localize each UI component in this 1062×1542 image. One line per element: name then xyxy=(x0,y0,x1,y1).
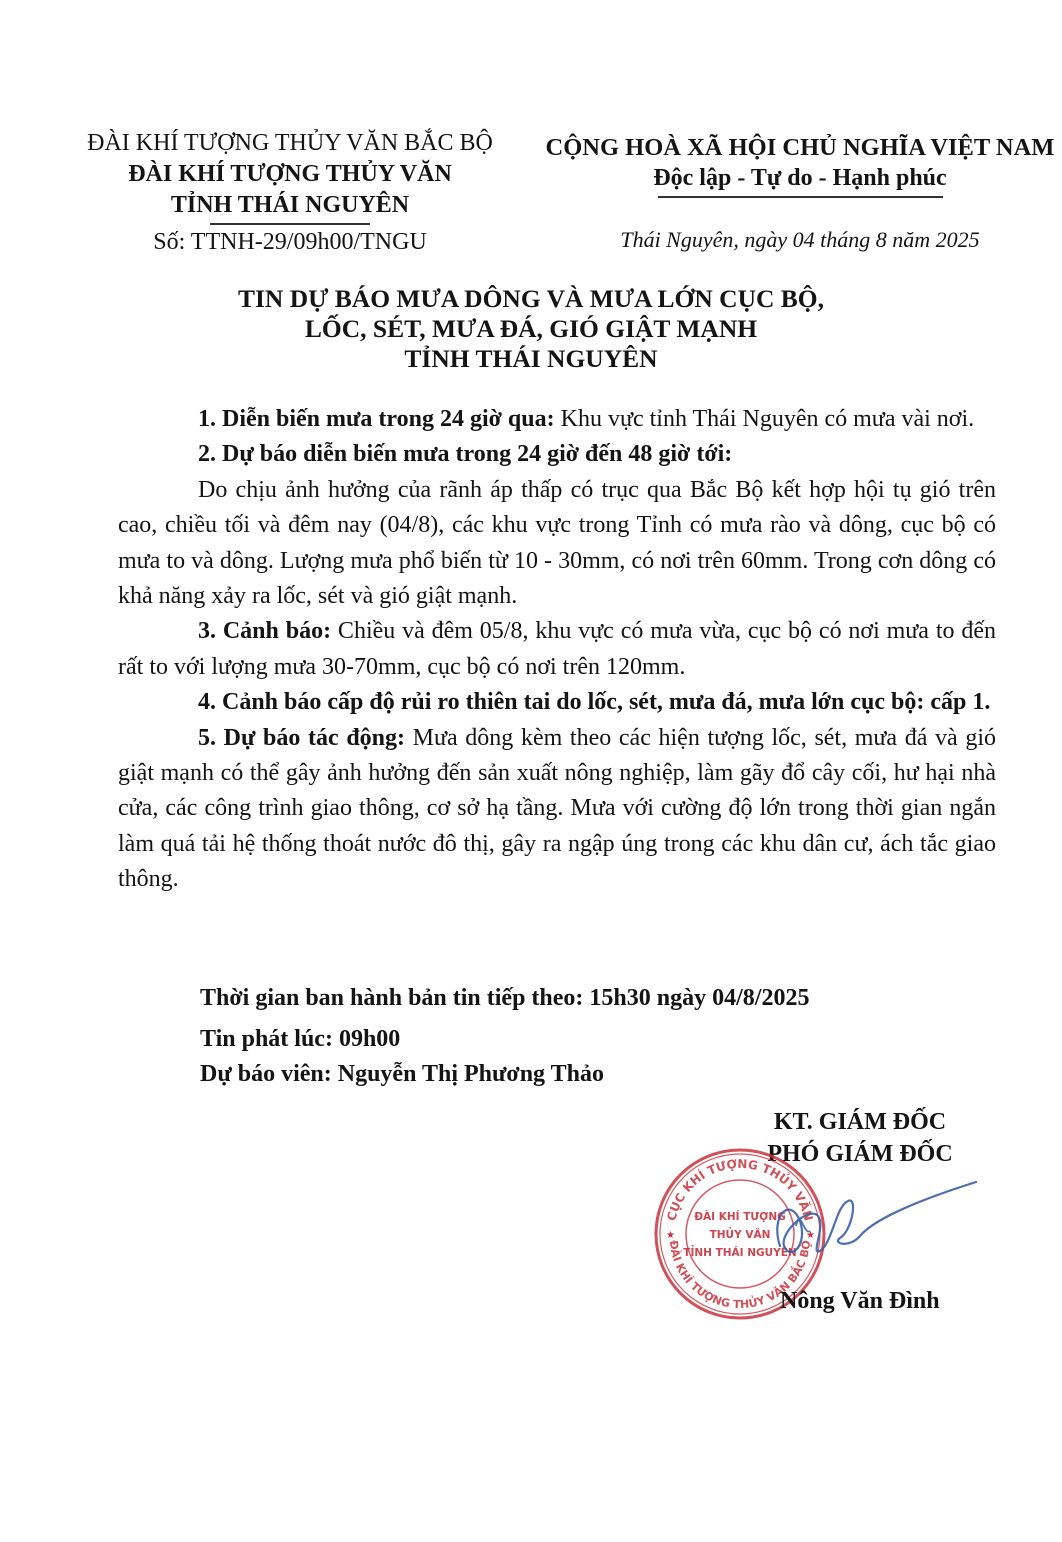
issuing-agency-header: ĐÀI KHÍ TƯỢNG THỦY VĂN BẮC BỘ ĐÀI KHÍ TƯ… xyxy=(60,128,520,258)
header-divider-left xyxy=(210,223,370,225)
agency-name-line2: TỈNH THÁI NGUYÊN xyxy=(60,190,520,221)
title-line3: TỈNH THÁI NGUYÊN xyxy=(0,344,1062,374)
section-3: 3. Cảnh báo: Chiều và đêm 05/8, khu vực … xyxy=(118,614,996,685)
agency-name-line1: ĐÀI KHÍ TƯỢNG THỦY VĂN xyxy=(60,159,520,190)
national-header: CỘNG HOÀ XÃ HỘI CHỦ NGHĨA VIỆT NAM Độc l… xyxy=(535,132,1062,255)
header-divider-right xyxy=(658,196,943,198)
signature-title-line1: KT. GIÁM ĐỐC xyxy=(730,1106,990,1138)
national-motto: Độc lập - Tự do - Hạnh phúc xyxy=(535,163,1062,194)
svg-text:★: ★ xyxy=(666,1230,675,1241)
section-2-heading: 2. Dự báo diễn biến mưa trong 24 giờ đến… xyxy=(198,441,732,467)
section-2-heading-para: 2. Dự báo diễn biến mưa trong 24 giờ đến… xyxy=(118,437,996,472)
title-line2: LỐC, SÉT, MƯA ĐÁ, GIÓ GIẬT MẠNH xyxy=(0,314,1062,344)
title-line1: TIN DỰ BÁO MƯA DÔNG VÀ MƯA LỚN CỤC BỘ, xyxy=(0,284,1062,314)
issuance-info: Thời gian ban hành bản tin tiếp theo: 15… xyxy=(200,985,809,1088)
handwritten-signature-icon xyxy=(740,1176,980,1276)
section-2-text: Do chịu ảnh hưởng của rãnh áp thấp có tr… xyxy=(118,473,996,615)
document-body: 1. Diễn biến mưa trong 24 giờ qua: Khu v… xyxy=(118,402,996,898)
document-title: TIN DỰ BÁO MƯA DÔNG VÀ MƯA LỚN CỤC BỘ, L… xyxy=(0,284,1062,374)
signer-name: Nông Văn Đình xyxy=(780,1288,940,1315)
place-date: Thái Nguyên, ngày 04 tháng 8 năm 2025 xyxy=(535,224,1062,255)
section-5-heading: 5. Dự báo tác động: xyxy=(198,725,405,751)
nation-name: CỘNG HOÀ XÃ HỘI CHỦ NGHĨA VIỆT NAM xyxy=(535,132,1062,163)
issued-at: Tin phát lúc: 09h00 xyxy=(200,1026,809,1053)
section-3-heading: 3. Cảnh báo: xyxy=(198,618,331,644)
section-1: 1. Diễn biến mưa trong 24 giờ qua: Khu v… xyxy=(118,402,996,437)
parent-agency: ĐÀI KHÍ TƯỢNG THỦY VĂN BẮC BỘ xyxy=(60,128,520,159)
section-1-heading: 1. Diễn biến mưa trong 24 giờ qua: xyxy=(198,406,555,432)
next-issue-time: Thời gian ban hành bản tin tiếp theo: 15… xyxy=(200,985,809,1012)
document-number: Số: TTNH-29/09h00/TNGU xyxy=(60,227,520,258)
forecaster: Dự báo viên: Nguyễn Thị Phương Thảo xyxy=(200,1061,809,1088)
section-4: 4. Cảnh báo cấp độ rủi ro thiên tai do l… xyxy=(118,685,996,720)
section-1-text: Khu vực tỉnh Thái Nguyên có mưa vài nơi. xyxy=(555,406,975,432)
section-5: 5. Dự báo tác động: Mưa dông kèm theo cá… xyxy=(118,721,996,898)
section-4-heading: 4. Cảnh báo cấp độ rủi ro thiên tai do l… xyxy=(198,689,990,715)
